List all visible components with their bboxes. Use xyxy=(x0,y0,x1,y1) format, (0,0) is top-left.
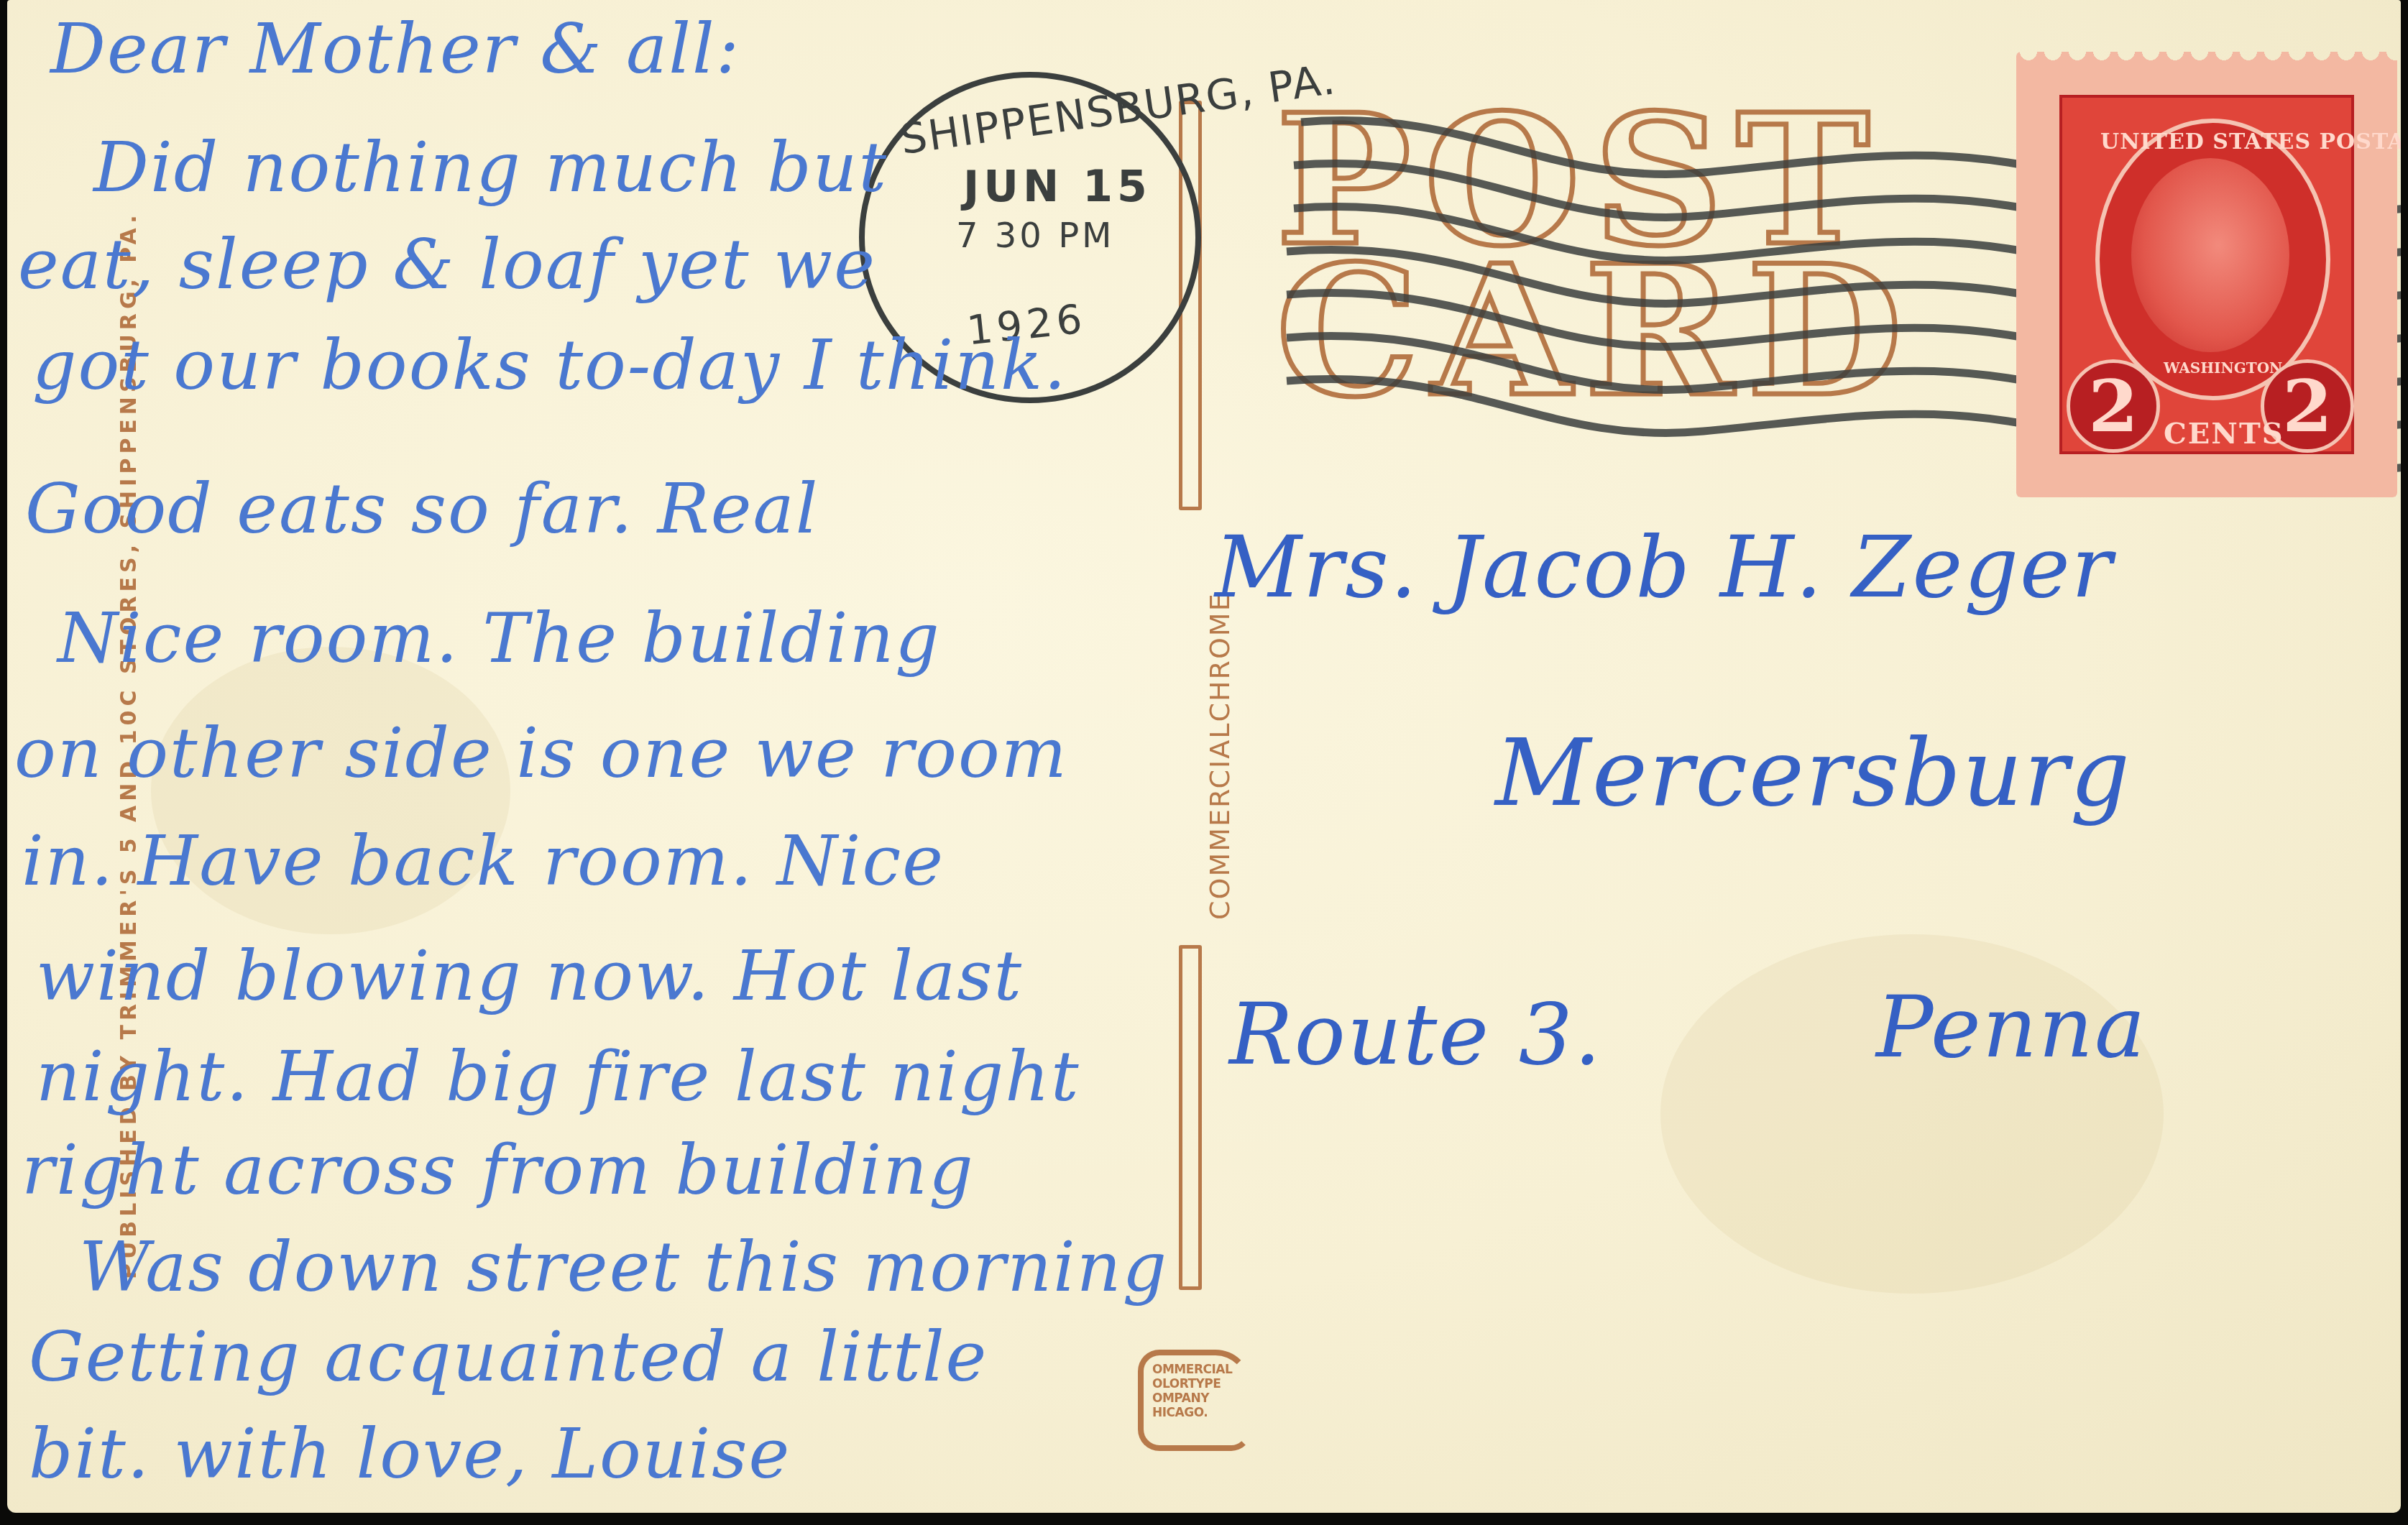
logo-line: OMPANY xyxy=(1152,1391,1232,1406)
message-line: Getting acquainted a little xyxy=(29,1322,988,1391)
postmark-date: JUN 15 xyxy=(963,162,1152,212)
postcard-back: PUBLISHED BY TRIMMER'S 5 AND 10C STORES,… xyxy=(7,0,2401,1513)
stamp-top-text: UNITED STATES POSTAGE xyxy=(2100,129,2401,155)
recipient-town: Mercersburg xyxy=(1495,726,2131,819)
stamp-portrait-name: WASHINGTON xyxy=(2164,359,2282,377)
message-line: wind blowing now. Hot last xyxy=(36,941,1023,1010)
logo-line: HICAGO. xyxy=(1152,1406,1232,1420)
divider-label: COMMERCIALCHROME xyxy=(1204,592,1236,920)
message-line: in. Have back room. Nice xyxy=(22,826,945,895)
stamp-unit: CENTS xyxy=(2164,417,2284,451)
printer-logo: OMMERCIAL OLORTYPE OMPANY HICAGO. xyxy=(1138,1350,1251,1451)
message-line: night. Had big fire last night xyxy=(36,1042,1080,1111)
message-line: got our books to-day I think. xyxy=(32,331,1067,400)
message-line: Good eats so far. Real xyxy=(25,474,819,543)
message-line: eat, sleep & loaf yet we xyxy=(18,230,876,299)
message-line: Was down street this morning xyxy=(79,1233,1168,1301)
postmark-time: 7 30 PM xyxy=(956,216,1115,256)
message-line: right across from building xyxy=(22,1135,975,1204)
divider-line-bottom xyxy=(1179,945,1202,1290)
washington-portrait-icon xyxy=(2131,158,2289,352)
message-line: bit. with love, Louise xyxy=(29,1419,791,1488)
stamp-denomination-left: 2 xyxy=(2067,359,2160,453)
recipient-state: Penna xyxy=(1876,985,2146,1069)
recipient-route: Route 3. xyxy=(1229,992,1602,1077)
logo-line: OMMERCIAL xyxy=(1152,1363,1232,1377)
logo-line: OLORTYPE xyxy=(1152,1377,1232,1391)
recipient-name: Mrs. Jacob H. Zeger xyxy=(1215,525,2113,609)
message-line: Dear Mother & all: xyxy=(50,14,740,83)
message-line: on other side is one we room xyxy=(14,719,1068,788)
message-line: Nice room. The building xyxy=(58,604,941,673)
message-line: Did nothing much but xyxy=(93,133,888,202)
